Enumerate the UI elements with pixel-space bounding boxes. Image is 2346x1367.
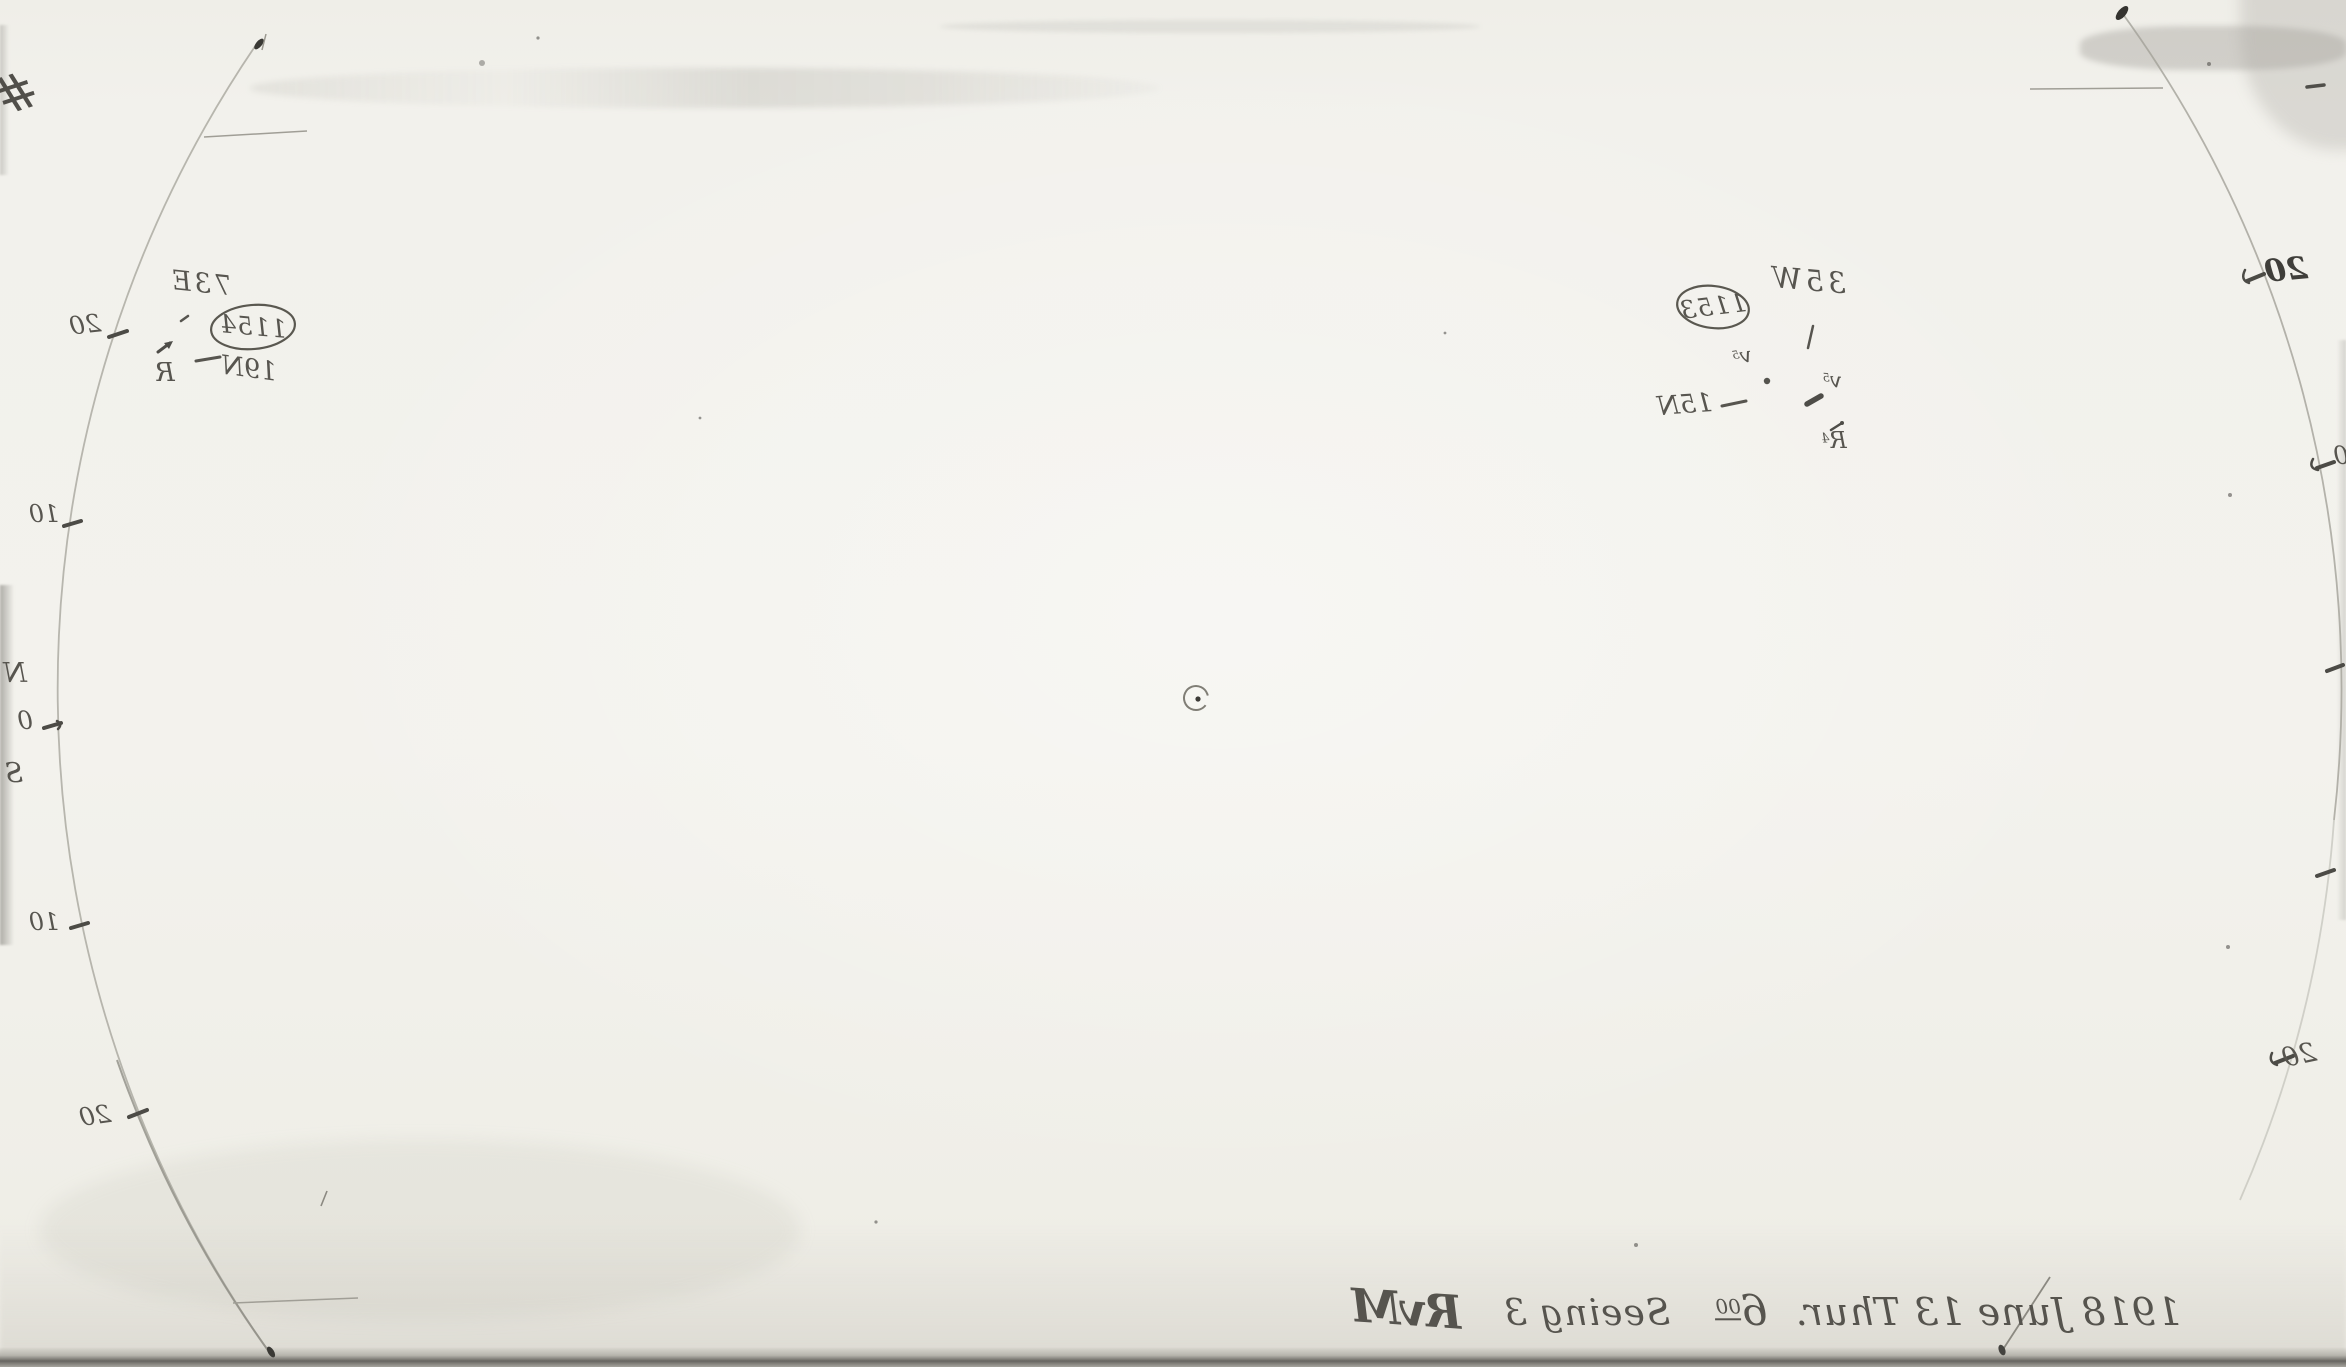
registration-line-bottomleft [233, 1298, 358, 1303]
solar-limb-arc-left-lower [117, 1060, 272, 1356]
scale-label-zero: 0 [12, 708, 38, 733]
scale-ticks-right [2243, 270, 2343, 1065]
west-longitude-label: 35W [1766, 263, 1848, 299]
east-longitude-label: 73E [159, 266, 241, 301]
scale-label-left-20-top: 20 [63, 310, 107, 339]
stray-tick-bottomleft [321, 1191, 327, 1206]
registration-line-topleft [204, 131, 307, 137]
v-mark-letter: v [1829, 368, 1843, 393]
footer-date-line: 1918 June 13 Thur. 600 Seeing 3 RvM [1352, 1282, 2181, 1354]
west-latitude-dash [1722, 401, 1746, 406]
pencil-strokes-overlay [0, 0, 2346, 1367]
stray-dash-topright [2307, 85, 2324, 87]
solar-limb-arc-right [2120, 10, 2342, 820]
r-mark-sup: 4 [1821, 432, 1829, 445]
scale-label-north: N [0, 660, 30, 687]
observation-hour: 6 [1741, 1286, 1768, 1335]
sunspot-streak [1807, 396, 1821, 404]
solar-limb-arc-left [58, 42, 272, 1356]
observation-hour-sup: 00 [1715, 1294, 1740, 1320]
dust-specks [479, 36, 2232, 1247]
sunspot-dot [1764, 378, 1770, 384]
v-mark-sup: 5 [1822, 372, 1830, 384]
scale-label-south: S [0, 760, 28, 787]
scale-label-right-0: 0 [2328, 443, 2346, 468]
east-group-number: 1154 [212, 311, 294, 343]
west-small-stroke [1808, 326, 1813, 348]
scale-label-left-10-bot: 10 [26, 910, 62, 934]
scale-ticks-left [44, 331, 147, 1117]
west-latitude-label: 15N [1649, 390, 1721, 421]
west-v5-mark-lower: v5 [1809, 368, 1854, 392]
west-rotation-mark: R4 [1812, 430, 1856, 453]
scale-label-left-10-top: 10 [26, 502, 62, 526]
seeing-note: Seeing 3 [1503, 1293, 1670, 1334]
registration-line-topright [2030, 88, 2163, 89]
arc-end-mark [265, 1345, 276, 1358]
observer-signature: RvM [1350, 1278, 1463, 1340]
observation-date: 1918 June 13 Thur. [1795, 1290, 2181, 1334]
disk-center-dot [1195, 696, 1200, 701]
scale-label-right-20-top: 20 [2261, 253, 2312, 288]
v-mark-letter: v [1738, 343, 1754, 369]
scanned-solar-drawing-page: # 20 10 N 0 S 10 20 20 0 20 73E 1154 19N… [0, 0, 2346, 1367]
r-mark-letter: R [1829, 428, 1846, 454]
arc-end-mark [2113, 4, 2130, 22]
east-small-dash [181, 316, 188, 321]
west-flick-dot [1840, 421, 1844, 425]
scale-label-left-20-bot: 20 [72, 1100, 117, 1131]
east-rotation-mark: R [150, 360, 180, 386]
